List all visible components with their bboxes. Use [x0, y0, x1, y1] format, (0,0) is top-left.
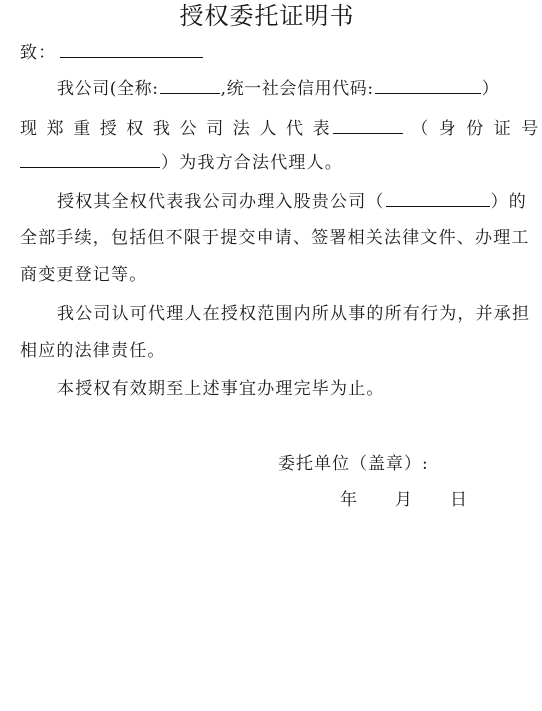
legal-rep-label: 现郑重授权我公司法人代表 [20, 119, 339, 139]
id-number-blank-field[interactable] [20, 151, 160, 168]
addressee-line: 致： [20, 41, 204, 64]
addressee-label: 致： [20, 43, 56, 63]
date-month-label: 月 [395, 489, 450, 511]
close-paren: ） [482, 79, 500, 99]
date-year-label: 年 [340, 489, 395, 511]
addressee-blank-field[interactable] [60, 41, 203, 58]
authorization-suffix: ）的 [491, 192, 527, 212]
paragraph1-line3: ）为我方合法代理人。 [20, 151, 343, 174]
document-title: 授权委托证明书 [0, 1, 534, 31]
signature-label: 委托单位（盖章）: [278, 453, 429, 475]
paragraph3-line2: 相应的法律责任。 [20, 340, 166, 362]
company-fullname-label: 我公司(全称: [57, 79, 159, 99]
credit-code-label: ,统一社会信用代码: [221, 79, 374, 99]
authorization-text: 授权其全权代表我公司办理入股贵公司（ [57, 192, 385, 212]
company-fullname-blank-field[interactable] [160, 77, 220, 94]
paragraph2-line1: 授权其全权代表我公司办理入股贵公司（）的 [57, 190, 527, 213]
signature-date: 年月日 [340, 489, 468, 511]
legal-rep-blank-field[interactable] [333, 117, 403, 134]
date-day-label: 日 [450, 489, 468, 511]
agent-statement: ）为我方合法代理人。 [161, 153, 343, 173]
target-company-blank-field[interactable] [386, 190, 490, 207]
id-number-label: （身份证号: [411, 119, 542, 139]
paragraph1-line1: 我公司(全称:,统一社会信用代码:） [57, 77, 499, 100]
paragraph2-line2: 全部手续，包括但不限于提交申请、签署相关法律文件、办理工 [20, 227, 530, 249]
paragraph2-line3: 商变更登记等。 [20, 264, 147, 286]
paragraph4-line1: 本授权有效期至上述事宜办理完毕为止。 [57, 378, 385, 400]
paragraph1-line2: 现郑重授权我公司法人代表（身份证号: [20, 117, 542, 140]
paragraph3-line1: 我公司认可代理人在授权范围内所从事的所有行为，并承担 [57, 303, 530, 325]
credit-code-blank-field[interactable] [375, 77, 481, 94]
